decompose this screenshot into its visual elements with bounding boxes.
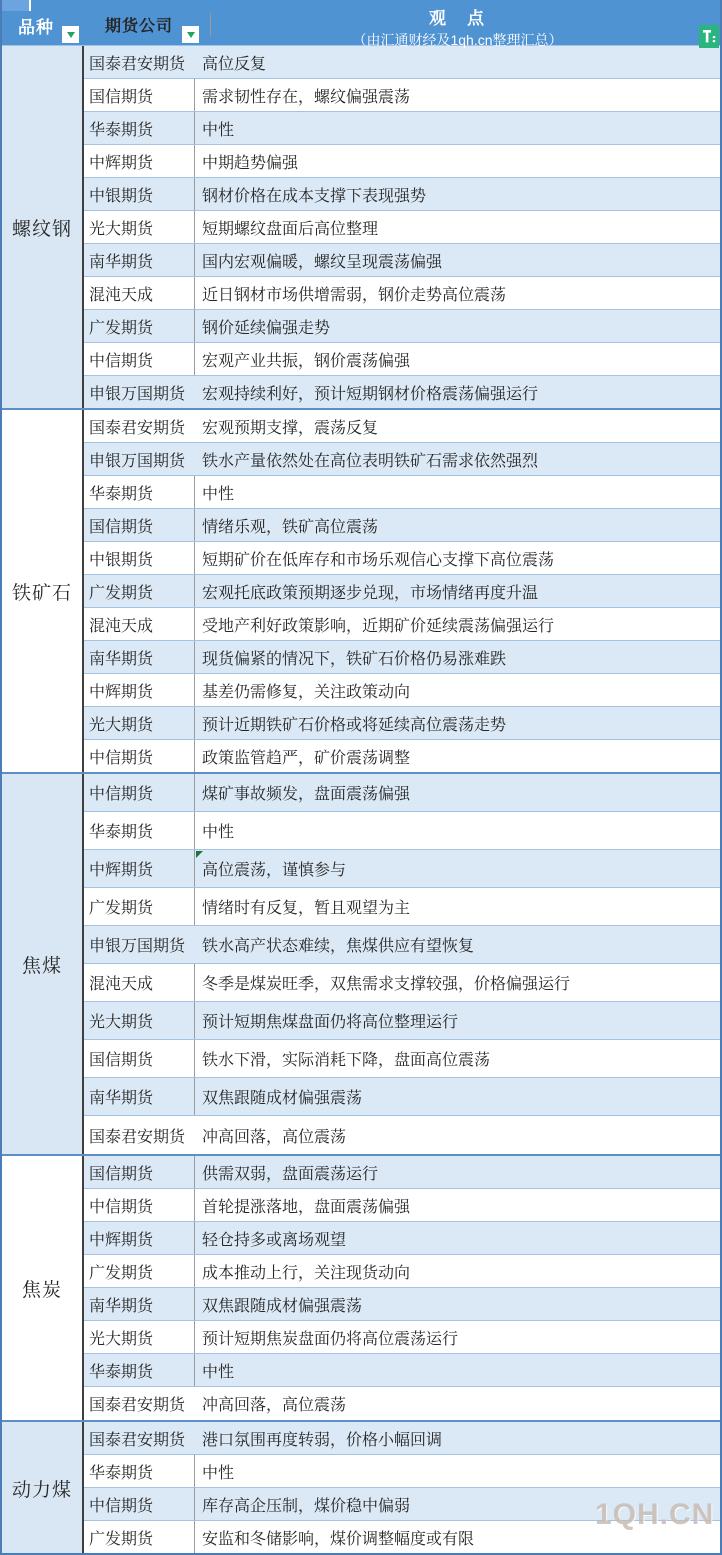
view-cell: 基差仍需修复，关注政策动向	[195, 674, 720, 706]
view-cell: 宏观产业共振，钢价震荡偏强	[195, 343, 720, 375]
table-row: 混沌天成受地产利好政策影响，近期矿价延续震荡偏强运行	[84, 608, 720, 641]
corner-cell-artifact	[2, 0, 31, 11]
company-cell: 华泰期货	[84, 476, 195, 508]
company-cell: 中银期货	[84, 178, 195, 210]
company-cell: 中信期货	[84, 1488, 195, 1520]
view-cell: 铁水下滑，实际消耗下降，盘面高位震荡	[195, 1040, 720, 1077]
commodity-group: 焦煤中信期货煤矿事故频发，盘面震荡偏强华泰期货中性中辉期货高位震荡，谨慎参与广发…	[2, 774, 720, 1156]
company-cell: 中银期货	[84, 542, 195, 574]
view-cell: 受地产利好政策影响，近期矿价延续震荡偏强运行	[195, 608, 720, 640]
company-cell: 光大期货	[84, 707, 195, 739]
table-row: 混沌天成近日钢材市场供增需弱，钢价走势高位震荡	[84, 277, 720, 310]
view-cell: 短期矿价在低库存和市场乐观信心支撑下高位震荡	[195, 542, 720, 574]
view-cell: 冬季是煤炭旺季，双焦需求支撑较强，价格偏强运行	[195, 964, 720, 1001]
table-row: 华泰期货中性	[84, 812, 720, 850]
company-cell: 国信期货	[84, 1040, 195, 1077]
view-cell: 冲高回落，高位震荡	[195, 1387, 720, 1420]
company-cell: 中信期货	[84, 774, 195, 811]
company-cell: 广发期货	[84, 888, 195, 925]
view-cell: 短期螺纹盘面后高位整理	[195, 211, 720, 243]
view-cell: 轻仓持多或离场观望	[195, 1222, 720, 1254]
company-cell: 国泰君安期货	[84, 1116, 195, 1154]
company-cell: 中辉期货	[84, 674, 195, 706]
table-row: 中信期货宏观产业共振，钢价震荡偏强	[84, 343, 720, 376]
group-rows: 国泰君安期货宏观预期支撑，震荡反复申银万国期货铁水产量依然处在高位表明铁矿石需求…	[84, 410, 720, 772]
table-row: 中银期货短期矿价在低库存和市场乐观信心支撑下高位震荡	[84, 542, 720, 575]
table-row: 国信期货供需双弱，盘面震荡运行	[84, 1156, 720, 1189]
view-cell: 铁水产量依然处在高位表明铁矿石需求依然强烈	[195, 443, 720, 475]
company-cell: 华泰期货	[84, 1455, 195, 1487]
view-cell: 情绪乐观，铁矿高位震荡	[195, 509, 720, 541]
company-cell: 中辉期货	[84, 145, 195, 177]
commodity-group: 铁矿石国泰君安期货宏观预期支撑，震荡反复申银万国期货铁水产量依然处在高位表明铁矿…	[2, 410, 720, 774]
company-cell: 国信期货	[84, 79, 195, 111]
view-cell: 宏观持续利好，预计短期钢材价格震荡偏强运行	[195, 376, 720, 408]
company-cell: 南华期货	[84, 1288, 195, 1320]
commodity-group: 焦炭国信期货供需双弱，盘面震荡运行中信期货首轮提涨落地，盘面震荡偏强中辉期货轻仓…	[2, 1156, 720, 1422]
table-row: 广发期货钢价延续偏强走势	[84, 310, 720, 343]
company-cell: 南华期货	[84, 1078, 195, 1115]
view-column-title: 观 点	[195, 4, 720, 29]
view-cell: 预计短期焦煤盘面仍将高位整理运行	[195, 1002, 720, 1039]
view-cell: 钢价延续偏强走势	[195, 310, 720, 342]
table-body: 螺纹钢国泰君安期货高位反复国信期货需求韧性存在，螺纹偏强震荡华泰期货中性中辉期货…	[2, 46, 720, 1554]
view-cell: 高位震荡，谨慎参与	[195, 850, 720, 887]
view-cell: 成本推动上行，关注现货动向	[195, 1255, 720, 1287]
view-cell: 双焦跟随成材偏强震荡	[195, 1288, 720, 1320]
variety-cell: 动力煤	[2, 1422, 84, 1554]
company-cell: 国信期货	[84, 509, 195, 541]
table-row: 南华期货双焦跟随成材偏强震荡	[84, 1288, 720, 1321]
view-cell: 高位反复	[195, 46, 720, 78]
view-cell: 情绪时有反复，暂且观望为主	[195, 888, 720, 925]
company-cell: 混沌天成	[84, 608, 195, 640]
company-cell: 混沌天成	[84, 964, 195, 1001]
view-cell: 国内宏观偏暖，螺纹呈现震荡偏强	[195, 244, 720, 276]
table-row: 广发期货宏观托底政策预期逐步兑现，市场情绪再度升温	[84, 575, 720, 608]
table-row: 中信期货首轮提涨落地，盘面震荡偏强	[84, 1189, 720, 1222]
company-cell: 申银万国期货	[84, 376, 195, 408]
company-cell: 中信期货	[84, 343, 195, 375]
view-cell: 供需双弱，盘面震荡运行	[195, 1156, 720, 1188]
view-cell: 宏观托底政策预期逐步兑现，市场情绪再度升温	[195, 575, 720, 607]
table-row: 华泰期货中性	[84, 112, 720, 145]
view-cell: 首轮提涨落地，盘面震荡偏强	[195, 1189, 720, 1221]
table-row: 中信期货煤矿事故频发，盘面震荡偏强	[84, 774, 720, 812]
table-row: 中信期货政策监管趋严，矿价震荡调整	[84, 740, 720, 772]
table-row: 国泰君安期货高位反复	[84, 46, 720, 79]
view-cell: 中性	[195, 812, 720, 849]
chevron-down-icon	[67, 32, 75, 38]
view-cell: 铁水高产状态难续，焦煤供应有望恢复	[195, 926, 720, 963]
company-cell: 混沌天成	[84, 277, 195, 309]
table-row: 国信期货需求韧性存在，螺纹偏强震荡	[84, 79, 720, 112]
table-row: 中辉期货基差仍需修复，关注政策动向	[84, 674, 720, 707]
table-row: 光大期货短期螺纹盘面后高位整理	[84, 211, 720, 244]
table-row: 国泰君安期货冲高回落，高位震荡	[84, 1116, 720, 1154]
commodity-group: 动力煤国泰君安期货港口氛围再度转弱，价格小幅回调华泰期货中性中信期货库存高企压制…	[2, 1422, 720, 1554]
view-cell: 钢材价格在成本支撑下表现强势	[195, 178, 720, 210]
view-cell: 煤矿事故频发，盘面震荡偏强	[195, 774, 720, 811]
view-cell: 中性	[195, 112, 720, 144]
company-cell: 广发期货	[84, 1521, 195, 1554]
company-cell: 华泰期货	[84, 112, 195, 144]
company-cell: 中信期货	[84, 740, 195, 772]
company-cell: 南华期货	[84, 244, 195, 276]
variety-cell: 铁矿石	[2, 410, 84, 772]
table-row: 南华期货双焦跟随成材偏强震荡	[84, 1078, 720, 1116]
view-cell: 近日钢材市场供增需弱，钢价走势高位震荡	[195, 277, 720, 309]
group-rows: 国信期货供需双弱，盘面震荡运行中信期货首轮提涨落地，盘面震荡偏强中辉期货轻仓持多…	[84, 1156, 720, 1420]
filter-funnel-icon	[702, 29, 716, 44]
company-cell: 国信期货	[84, 1156, 195, 1188]
company-cell: 国泰君安期货	[84, 410, 195, 442]
table-row: 中信期货库存高企压制，煤价稳中偏弱	[84, 1488, 720, 1521]
table-row: 广发期货情绪时有反复，暂且观望为主	[84, 888, 720, 926]
table-row: 国泰君安期货宏观预期支撑，震荡反复	[84, 410, 720, 443]
table-row: 南华期货国内宏观偏暖，螺纹呈现震荡偏强	[84, 244, 720, 277]
group-rows: 中信期货煤矿事故频发，盘面震荡偏强华泰期货中性中辉期货高位震荡，谨慎参与广发期货…	[84, 774, 720, 1154]
company-cell: 华泰期货	[84, 1354, 195, 1386]
table-header: 品种 期货公司 观 点 （由汇通财经及1qh.cn整理汇总）	[2, 0, 720, 46]
table-row: 国泰君安期货港口氛围再度转弱，价格小幅回调	[84, 1422, 720, 1455]
table-row: 混沌天成冬季是煤炭旺季，双焦需求支撑较强，价格偏强运行	[84, 964, 720, 1002]
view-cell: 中性	[195, 1354, 720, 1386]
spreadsheet-table: 品种 期货公司 观 点 （由汇通财经及1qh.cn整理汇总） 螺纹钢国泰君安期货…	[0, 0, 722, 1555]
view-cell: 宏观预期支撑，震荡反复	[195, 410, 720, 442]
view-cell: 港口氛围再度转弱，价格小幅回调	[195, 1422, 720, 1454]
commodity-group: 螺纹钢国泰君安期货高位反复国信期货需求韧性存在，螺纹偏强震荡华泰期货中性中辉期货…	[2, 46, 720, 410]
table-row: 国信期货情绪乐观，铁矿高位震荡	[84, 509, 720, 542]
company-cell: 广发期货	[84, 310, 195, 342]
view-cell: 预计短期焦炭盘面仍将高位震荡运行	[195, 1321, 720, 1353]
table-row: 中辉期货轻仓持多或离场观望	[84, 1222, 720, 1255]
company-cell: 南华期货	[84, 641, 195, 673]
table-row: 中辉期货高位震荡，谨慎参与	[84, 850, 720, 888]
table-row: 华泰期货中性	[84, 476, 720, 509]
company-cell: 中信期货	[84, 1189, 195, 1221]
company-cell: 广发期货	[84, 1255, 195, 1287]
table-row: 光大期货预计短期焦炭盘面仍将高位震荡运行	[84, 1321, 720, 1354]
view-cell: 冲高回落，高位震荡	[195, 1116, 720, 1154]
table-row: 中银期货钢材价格在成本支撑下表现强势	[84, 178, 720, 211]
view-cell: 政策监管趋严，矿价震荡调整	[195, 740, 720, 772]
company-cell: 光大期货	[84, 1002, 195, 1039]
table-row: 申银万国期货铁水产量依然处在高位表明铁矿石需求依然强烈	[84, 443, 720, 476]
company-cell: 中辉期货	[84, 850, 195, 887]
view-cell: 中期趋势偏强	[195, 145, 720, 177]
table-row: 光大期货预计短期焦煤盘面仍将高位整理运行	[84, 1002, 720, 1040]
table-row: 光大期货预计近期铁矿石价格或将延续高位震荡走势	[84, 707, 720, 740]
variety-cell: 焦煤	[2, 774, 84, 1154]
company-cell: 国泰君安期货	[84, 1387, 195, 1420]
table-row: 华泰期货中性	[84, 1455, 720, 1488]
comment-marker-icon	[196, 851, 203, 858]
company-cell: 光大期货	[84, 211, 195, 243]
table-row: 申银万国期货宏观持续利好，预计短期钢材价格震荡偏强运行	[84, 376, 720, 408]
variety-column-header: 品种	[18, 13, 54, 38]
company-cell: 申银万国期货	[84, 443, 195, 475]
company-cell: 申银万国期货	[84, 926, 195, 963]
view-cell: 中性	[195, 476, 720, 508]
variety-cell: 焦炭	[2, 1156, 84, 1420]
table-row: 申银万国期货铁水高产状态难续，焦煤供应有望恢复	[84, 926, 720, 964]
view-cell: 库存高企压制，煤价稳中偏弱	[195, 1488, 720, 1520]
table-row: 中辉期货中期趋势偏强	[84, 145, 720, 178]
company-cell: 国泰君安期货	[84, 1422, 195, 1454]
variety-cell: 螺纹钢	[2, 46, 84, 408]
view-cell: 预计近期铁矿石价格或将延续高位震荡走势	[195, 707, 720, 739]
company-cell: 光大期货	[84, 1321, 195, 1353]
table-row: 国泰君安期货冲高回落，高位震荡	[84, 1387, 720, 1420]
chevron-down-icon	[187, 32, 195, 38]
view-column-header: 观 点 （由汇通财经及1qh.cn整理汇总）	[195, 0, 720, 46]
view-cell: 中性	[195, 1455, 720, 1487]
view-cell: 安监和冬储影响，煤价调整幅度或有限	[195, 1521, 720, 1554]
company-cell: 中辉期货	[84, 1222, 195, 1254]
table-row: 广发期货安监和冬储影响，煤价调整幅度或有限	[84, 1521, 720, 1554]
group-rows: 国泰君安期货港口氛围再度转弱，价格小幅回调华泰期货中性中信期货库存高企压制，煤价…	[84, 1422, 720, 1554]
filter-funnel-button[interactable]	[699, 25, 719, 48]
company-cell: 华泰期货	[84, 812, 195, 849]
view-cell: 现货偏紧的情况下，铁矿石价格仍易涨难跌	[195, 641, 720, 673]
company-cell: 国泰君安期货	[84, 46, 195, 78]
table-row: 华泰期货中性	[84, 1354, 720, 1387]
table-row: 国信期货铁水下滑，实际消耗下降，盘面高位震荡	[84, 1040, 720, 1078]
view-cell: 需求韧性存在，螺纹偏强震荡	[195, 79, 720, 111]
variety-filter-dropdown-button[interactable]	[62, 26, 79, 43]
table-row: 广发期货成本推动上行，关注现货动向	[84, 1255, 720, 1288]
view-cell: 双焦跟随成材偏强震荡	[195, 1078, 720, 1115]
group-rows: 国泰君安期货高位反复国信期货需求韧性存在，螺纹偏强震荡华泰期货中性中辉期货中期趋…	[84, 46, 720, 408]
table-row: 南华期货现货偏紧的情况下，铁矿石价格仍易涨难跌	[84, 641, 720, 674]
company-cell: 广发期货	[84, 575, 195, 607]
